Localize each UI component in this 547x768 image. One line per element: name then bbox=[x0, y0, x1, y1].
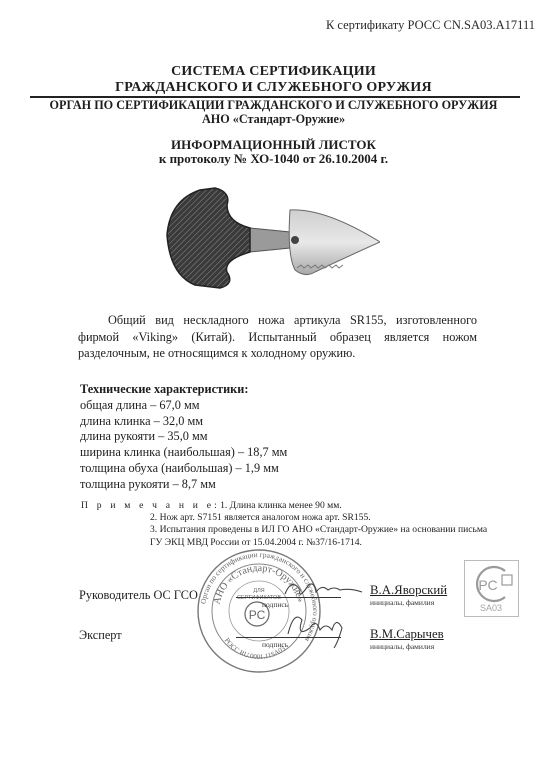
technical-specs: Технические характеристики: общая длина … bbox=[80, 382, 287, 493]
note-item: ГУ ЭКЦ МВД России от 15.04.2004 г. №37/1… bbox=[81, 537, 487, 549]
conformity-mark-icon: РС SA03 bbox=[464, 560, 519, 617]
spec-item: общая длина – 67,0 мм bbox=[80, 398, 287, 414]
note-item: 2. Нож арт. S7151 является аналогом ножа… bbox=[81, 512, 487, 524]
name-caption: инициалы, фамилия bbox=[370, 598, 434, 607]
signer-role-expert: Эксперт bbox=[79, 628, 122, 643]
spec-item: толщина рукояти – 8,7 мм bbox=[80, 477, 287, 493]
signer-name-head: В.А.Яворский bbox=[370, 583, 447, 598]
specs-title: Технические характеристики: bbox=[80, 382, 287, 398]
spec-item: длина клинка – 32,0 мм bbox=[80, 414, 287, 430]
svg-text:РС: РС bbox=[478, 577, 497, 593]
svg-text:SA03: SA03 bbox=[480, 603, 502, 613]
certificate-reference: К сертификату РОСС CN.SA03.A17111 bbox=[326, 18, 535, 33]
certification-body-line2: АНО «Стандарт-Оружие» bbox=[0, 112, 547, 127]
signature-caption: подпись bbox=[262, 640, 288, 649]
spec-item: толщина обуха (наибольшая) – 1,9 мм bbox=[80, 461, 287, 477]
notes: П р и м е ч а н и е:1. Длина клинка мене… bbox=[81, 500, 487, 549]
spec-item: ширина клинка (наибольшая) – 18,7 мм bbox=[80, 445, 287, 461]
system-title-line1: СИСТЕМА СЕРТИФИКАЦИИ bbox=[0, 64, 547, 80]
description-paragraph: Общий вид нескладного ножа артикула SR15… bbox=[78, 312, 477, 362]
svg-text:РС: РС bbox=[249, 608, 266, 622]
note-item: 1. Длина клинка менее 90 мм. bbox=[220, 500, 342, 511]
signature-line-head bbox=[236, 597, 341, 598]
signer-role-head: Руководитель ОС ГСО bbox=[79, 588, 198, 603]
svg-text:ДЛЯ: ДЛЯ bbox=[253, 588, 264, 594]
knife-photo-icon bbox=[165, 180, 380, 290]
note-item: 3. Испытания проведены в ИЛ ГО АНО «Стан… bbox=[81, 524, 487, 536]
name-caption: инициалы, фамилия bbox=[370, 642, 434, 651]
signature-line-expert bbox=[236, 637, 341, 638]
document-subtitle: к протоколу № ХО-1040 от 26.10.2004 г. bbox=[0, 151, 547, 167]
handwritten-signatures-icon bbox=[280, 572, 370, 652]
notes-label: П р и м е ч а н и е: bbox=[81, 500, 220, 511]
signature-caption: подпись bbox=[262, 600, 288, 609]
system-title-line2: ГРАЖДАНСКОГО И СЛУЖЕБНОГО ОРУЖИЯ bbox=[0, 80, 547, 96]
spec-item: длина рукояти – 35,0 мм bbox=[80, 429, 287, 445]
signer-name-expert: В.М.Сарычев bbox=[370, 627, 444, 642]
certification-body-line1: ОРГАН ПО СЕРТИФИКАЦИИ ГРАЖДАНСКОГО И СЛУ… bbox=[0, 98, 547, 113]
